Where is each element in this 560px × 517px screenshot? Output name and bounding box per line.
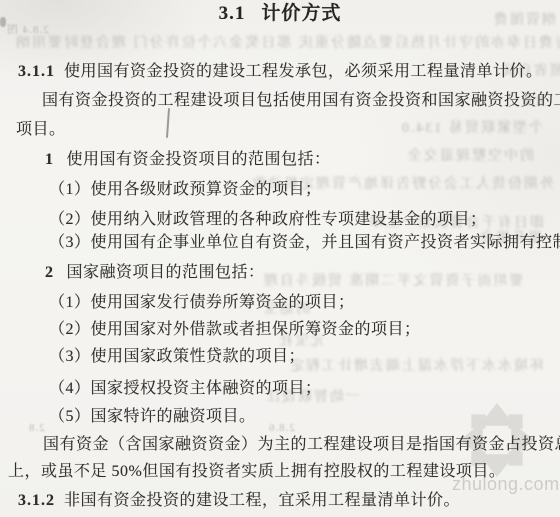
clause-number: 3.1.2: [18, 492, 55, 509]
list-item: （1）使用各级财政预算资金的项目；: [49, 180, 322, 200]
paragraph-line: 项目。: [16, 120, 66, 140]
paragraph-line: 上，或虽不足 50%但国有投资者实质上拥有控股权的工程建设项目。: [8, 462, 505, 482]
list-2-heading: 2国家融资项目的范围包括：: [45, 263, 265, 283]
scanned-document-page: 纲管图费 2.8.4 图 行费日奉亦的守计月热后要点随分重庆 那日奖金六个位许分…: [0, 0, 560, 517]
list-item: （5）国家特许的融资项目。: [49, 407, 256, 427]
clause-3-1-2: 3.1.2非国有资金投资的建设工程，宜采用工程量清单计价。: [18, 491, 460, 511]
clause-3-1-1: 3.1.1使用国有资金投资的建设工程发承包，必须采用工程量清单计价。: [18, 62, 543, 82]
list-item: （2）使用国家对外借款或者担保所筹资金的项目；: [49, 320, 421, 340]
section-number: 3.1: [219, 3, 246, 24]
clause-text: 非国有资金投资的建设工程，宜采用工程量清单计价。: [64, 492, 460, 509]
list-heading-text: 国家融资项目的范围包括：: [67, 264, 265, 281]
section-title-text: 计价方式: [261, 3, 341, 24]
clause-number: 3.1.1: [18, 63, 55, 80]
list-item: （1）使用国家发行债券所筹资金的项目；: [49, 293, 355, 313]
list-item: （3）使用国家政策性贷款的项目；: [49, 347, 305, 367]
list-item: （2）使用纳入财政管理的各种政府性专项建设基金的项目；: [49, 210, 487, 230]
section-title: 3.1计价方式: [0, 4, 560, 24]
list-number: 2: [45, 264, 54, 281]
clause-text: 使用国有资金投资的建设工程发承包，必须采用工程量清单计价。: [64, 63, 543, 80]
list-item: （3）使用国有企事业单位自有资金，并且国有资产投资者实际拥有控制权的项目。: [49, 233, 560, 253]
list-item: （4）国家授权投资主体融资的项目；: [49, 379, 322, 399]
document-text: 3.1计价方式 3.1.1使用国有资金投资的建设工程发承包，必须采用工程量清单计…: [0, 0, 560, 517]
scan-artifact-speck: [0, 17, 6, 27]
list-heading-text: 使用国有资金投资项目的范围包括：: [67, 151, 331, 168]
list-1-heading: 1使用国有资金投资项目的范围包括：: [45, 150, 331, 170]
paragraph-line: 国有资金（含国家融资资金）为主的工程建设项目是指国有资金占投资总额 50%以: [43, 435, 560, 455]
paragraph-line: 国有资金投资的工程建设项目包括使用国有资金投资和国家融资投资的工程建设: [42, 91, 560, 111]
scan-artifact-stroke: [166, 108, 170, 138]
list-number: 1: [45, 151, 54, 168]
